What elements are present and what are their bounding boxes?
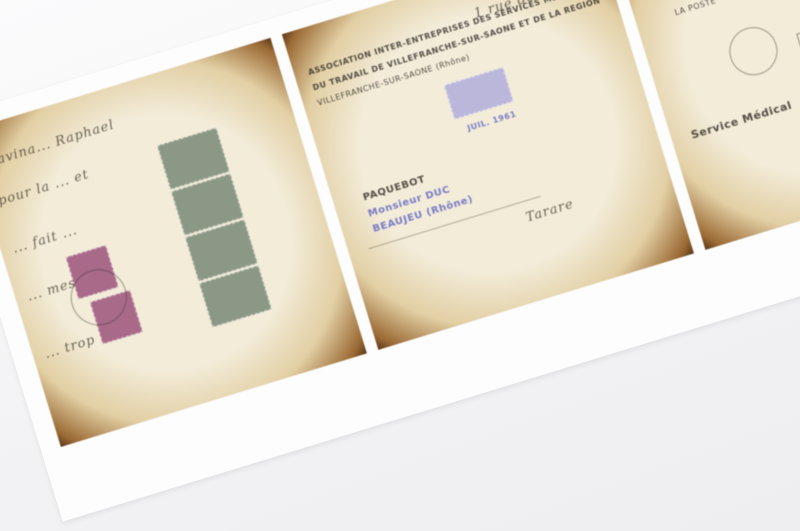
violet-stamp: [444, 67, 514, 120]
handwriting-line: Tarare: [524, 197, 576, 226]
handwriting-line: Ravina... Raphael: [0, 118, 116, 171]
round-postmark: [723, 21, 783, 81]
airmail-box: [796, 0, 800, 112]
form-header: DU TRAVAIL DE VILLEFRANCHE-SUR-SAONE ET …: [312, 0, 602, 92]
handwriting-line: pour la ... et: [0, 167, 91, 209]
service-medical-label: Service Médical: [689, 99, 793, 142]
handwriting-line: ... fait ...: [11, 223, 79, 257]
postmark-text: LA POSTE: [674, 0, 718, 17]
